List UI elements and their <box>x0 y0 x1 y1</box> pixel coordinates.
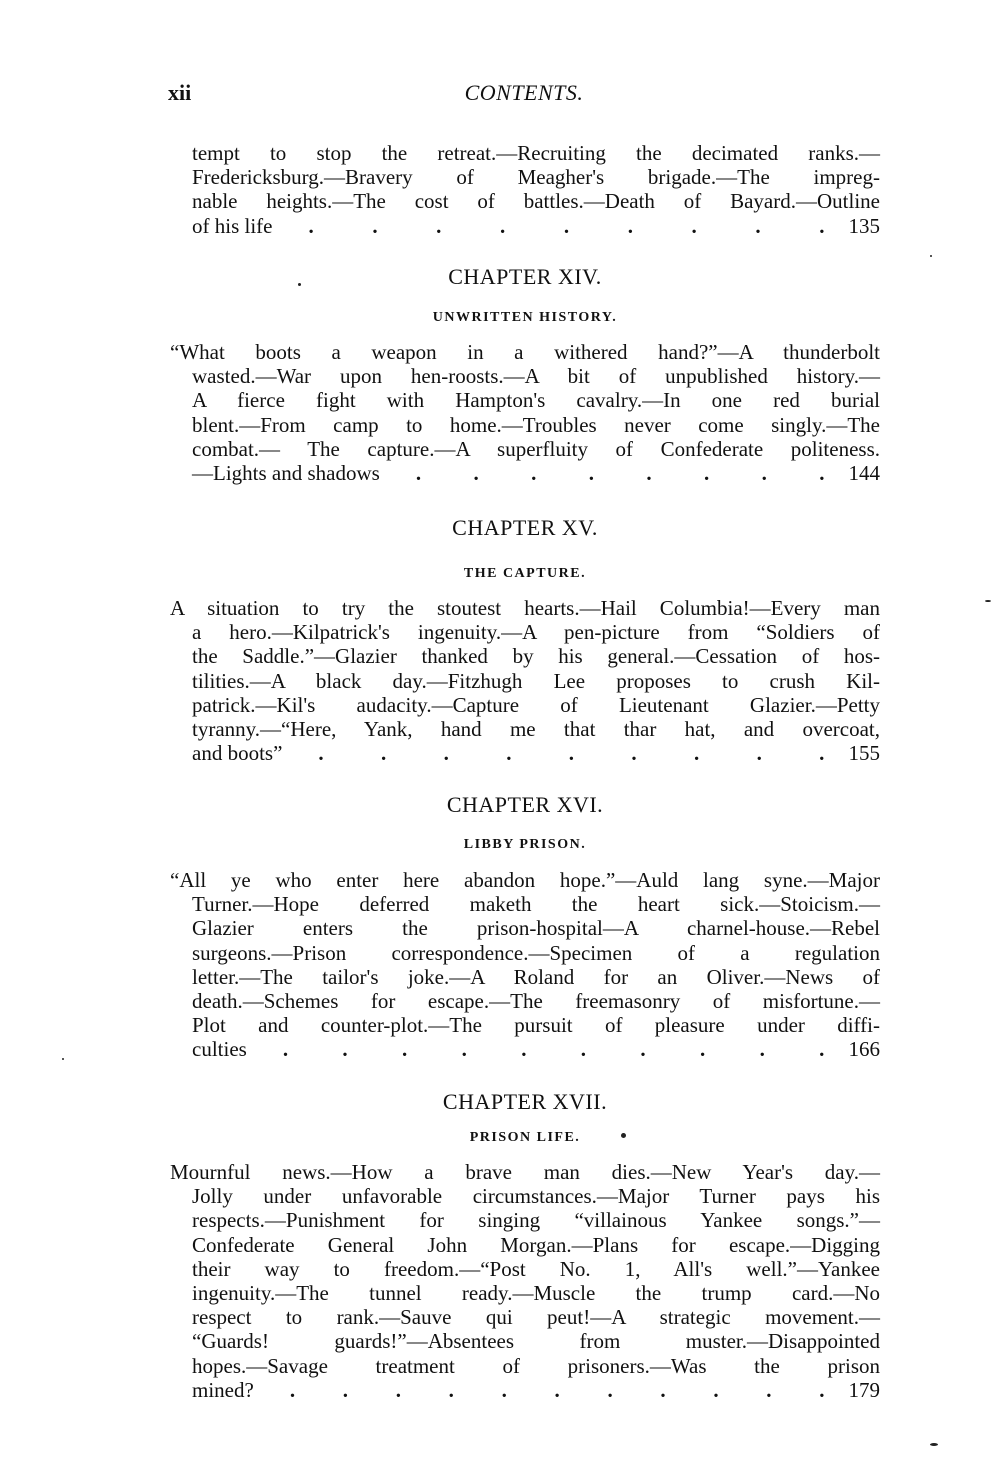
entry-line: a hero.—Kilpatrick's ingenuity.—A pen-pi… <box>170 620 880 644</box>
entry-line-text: and boots” <box>192 741 282 765</box>
entry-last-line: of his life ......... 135 <box>170 214 880 238</box>
chapter-heading: CHAPTER XV. <box>170 515 880 541</box>
entry-line-text: mined? <box>192 1378 254 1402</box>
entry-line: death.—Schemes for escape.—The freemason… <box>170 989 880 1013</box>
toc-entry-chapter-15: A situation to try the stoutest hearts.—… <box>170 596 880 765</box>
chapter-subtitle: THE CAPTURE. <box>170 566 880 582</box>
entry-line: ingenuity.—The tunnel ready.—Muscle the … <box>170 1281 880 1305</box>
chapter-subtitle: LIBBY PRISON. <box>170 837 880 853</box>
scan-speck <box>930 255 932 257</box>
entry-line: hopes.—Savage treatment of prisoners.—Wa… <box>170 1354 880 1378</box>
entry-line: the Saddle.”—Glazier thanked by his gene… <box>170 644 880 668</box>
entry-line: respects.—Punishment for singing “villai… <box>170 1208 880 1232</box>
entry-line: “What boots a weapon in a withered hand?… <box>170 340 880 364</box>
entry-line: patrick.—Kil's audacity.—Capture of Lieu… <box>170 693 880 717</box>
dot-leader: ......... <box>272 214 848 238</box>
dot-leader: ......... <box>282 741 848 765</box>
running-title: CONTENTS. <box>168 80 880 106</box>
page-reference[interactable]: 166 <box>849 1037 881 1061</box>
entry-last-line: mined? ........... 179 <box>170 1378 880 1402</box>
scan-speck <box>985 600 991 602</box>
chapter-heading: CHAPTER XIV. <box>170 264 880 290</box>
dot-leader: .......... <box>247 1037 849 1061</box>
entry-line: Glazier enters the prison-hospital—A cha… <box>170 916 880 940</box>
entry-line-text: culties <box>192 1037 247 1061</box>
entry-line: tempt to stop the retreat.—Recruiting th… <box>170 141 880 165</box>
entry-line: letter.—The tailor's joke.—A Roland for … <box>170 965 880 989</box>
scan-speck <box>621 1133 626 1138</box>
entry-line: tilities.—A black day.—Fitzhugh Lee prop… <box>170 669 880 693</box>
entry-line-text: —Lights and shadows <box>192 461 380 485</box>
entry-line: A fierce fight with Hampton's cavalry.—I… <box>170 388 880 412</box>
page-reference[interactable]: 144 <box>849 461 881 485</box>
entry-line: Confederate General John Morgan.—Plans f… <box>170 1233 880 1257</box>
entry-line: “All ye who enter here abandon hope.”—Au… <box>170 868 880 892</box>
chapter-heading: CHAPTER XVII. <box>170 1089 880 1115</box>
entry-line: Plot and counter-plot.—The pursuit of pl… <box>170 1013 880 1037</box>
toc-entry-chapter-16: “All ye who enter here abandon hope.”—Au… <box>170 868 880 1062</box>
chapter-subtitle: UNWRITTEN HISTORY. <box>170 310 880 326</box>
entry-line: nable heights.—The cost of battles.—Deat… <box>170 189 880 213</box>
entry-line: surgeons.—Prison correspondence.—Specime… <box>170 941 880 965</box>
entry-line: A situation to try the stoutest hearts.—… <box>170 596 880 620</box>
toc-entry-chapter-14: “What boots a weapon in a withered hand?… <box>170 340 880 485</box>
scan-speck <box>62 1058 64 1060</box>
page-reference[interactable]: 179 <box>849 1378 881 1402</box>
page-reference[interactable]: 135 <box>849 214 881 238</box>
running-head: xii CONTENTS. <box>168 80 880 110</box>
chapter-heading: CHAPTER XVI. <box>170 792 880 818</box>
chapter-subtitle: PRISON LIFE. <box>170 1130 880 1146</box>
entry-line-text: of his life <box>192 214 272 238</box>
entry-line: Turner.—Hope deferred maketh the heart s… <box>170 892 880 916</box>
toc-entry-continuation: tempt to stop the retreat.—Recruiting th… <box>170 141 880 238</box>
book-page: xii CONTENTS. tempt to stop the retreat.… <box>0 0 1000 1479</box>
dot-leader: ........... <box>254 1378 849 1402</box>
entry-line: Jolly under unfavorable circumstances.—M… <box>170 1184 880 1208</box>
entry-line: respect to rank.—Sauve qui peut!—A strat… <box>170 1305 880 1329</box>
entry-line: tyranny.—“Here, Yank, hand me that thar … <box>170 717 880 741</box>
entry-last-line: culties .......... 166 <box>170 1037 880 1061</box>
entry-line: Fredericksburg.—Bravery of Meagher's bri… <box>170 165 880 189</box>
entry-last-line: and boots” ......... 155 <box>170 741 880 765</box>
page-reference[interactable]: 155 <box>849 741 881 765</box>
scan-speck <box>930 1443 938 1446</box>
scan-speck <box>298 283 301 286</box>
dot-leader: ........ <box>380 461 849 485</box>
toc-entry-chapter-17: Mournful news.—How a brave man dies.—New… <box>170 1160 880 1402</box>
entry-line: their way to freedom.—“Post No. 1, All's… <box>170 1257 880 1281</box>
entry-last-line: —Lights and shadows ........ 144 <box>170 461 880 485</box>
entry-line: wasted.—War upon hen-roosts.—A bit of un… <box>170 364 880 388</box>
entry-line: “Guards! guards!”—Absentees from muster.… <box>170 1329 880 1353</box>
entry-line: Mournful news.—How a brave man dies.—New… <box>170 1160 880 1184</box>
entry-line: blent.—From camp to home.—Troubles never… <box>170 413 880 437</box>
entry-line: combat.— The capture.—A superfluity of C… <box>170 437 880 461</box>
